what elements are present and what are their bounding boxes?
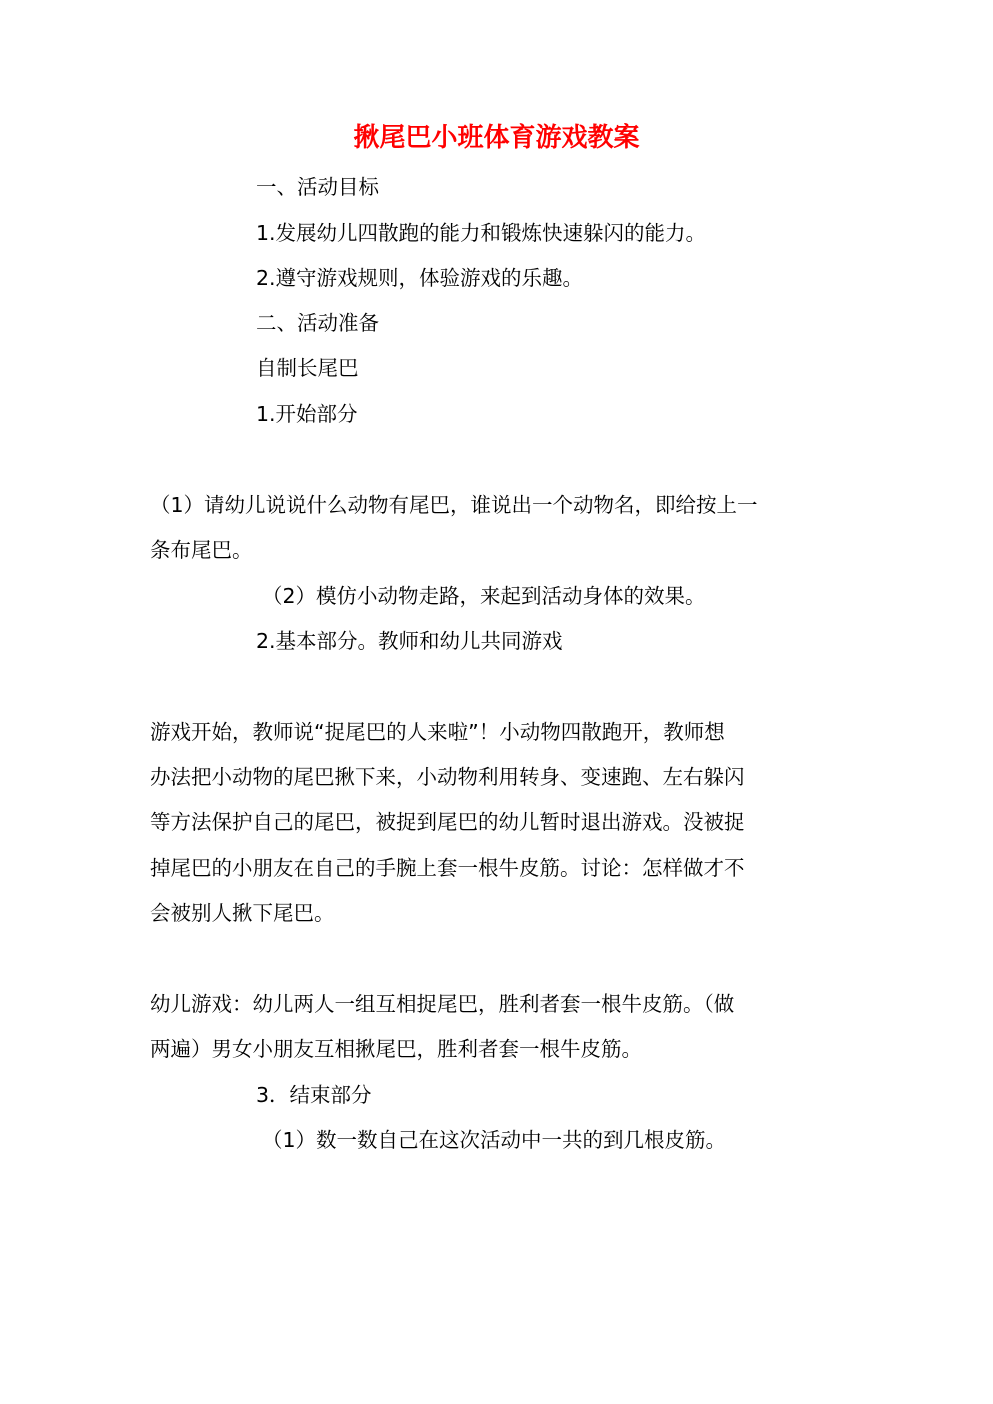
document-title: 揪尾巴小班体育游戏教案 bbox=[0, 118, 993, 158]
paragraph-start-1-line-2: 条布尾巴。 bbox=[150, 535, 253, 565]
preparation-text: 自制长尾巴 bbox=[256, 353, 359, 383]
paragraph-end-1: （1）数一数自己在这次活动中一共的到几根皮筋。 bbox=[262, 1125, 726, 1155]
heading-activity-goals: 一、活动目标 bbox=[256, 172, 379, 202]
paragraph-start-2: （2）模仿小动物走路，来起到活动身体的效果。 bbox=[262, 581, 706, 611]
section-end: 3．结束部分 bbox=[256, 1080, 372, 1110]
paragraph-children-game-line-2: 两遍）男女小朋友互相揪尾巴，胜利者套一根牛皮筋。 bbox=[150, 1034, 642, 1064]
paragraph-game-line-1: 游戏开始，教师说“捉尾巴的人来啦”！小动物四散跑开，教师想 bbox=[150, 717, 725, 747]
paragraph-game-line-2: 办法把小动物的尾巴揪下来，小动物利用转身、变速跑、左右躲闪 bbox=[150, 762, 745, 792]
document-page: 揪尾巴小班体育游戏教案 一、活动目标 1.发展幼儿四散跑的能力和锻炼快速躲闪的能… bbox=[0, 0, 993, 1404]
heading-activity-preparation: 二、活动准备 bbox=[256, 308, 379, 338]
paragraph-game-line-3: 等方法保护自己的尾巴，被捉到尾巴的幼儿暂时退出游戏。没被捉 bbox=[150, 807, 745, 837]
section-start: 1.开始部分 bbox=[256, 399, 358, 429]
section-basic: 2.基本部分。教师和幼儿共同游戏 bbox=[256, 626, 563, 656]
paragraph-game-line-5: 会被别人揪下尾巴。 bbox=[150, 898, 335, 928]
paragraph-start-1-line-1: （1）请幼儿说说什么动物有尾巴，谁说出一个动物名，即给按上一 bbox=[150, 490, 758, 520]
paragraph-children-game-line-1: 幼儿游戏：幼儿两人一组互相捉尾巴，胜利者套一根牛皮筋。（做 bbox=[150, 989, 734, 1019]
goal-item-1: 1.发展幼儿四散跑的能力和锻炼快速躲闪的能力。 bbox=[256, 218, 706, 248]
paragraph-game-line-4: 掉尾巴的小朋友在自己的手腕上套一根牛皮筋。讨论：怎样做才不 bbox=[150, 853, 745, 883]
goal-item-2: 2.遵守游戏规则，体验游戏的乐趣。 bbox=[256, 263, 583, 293]
